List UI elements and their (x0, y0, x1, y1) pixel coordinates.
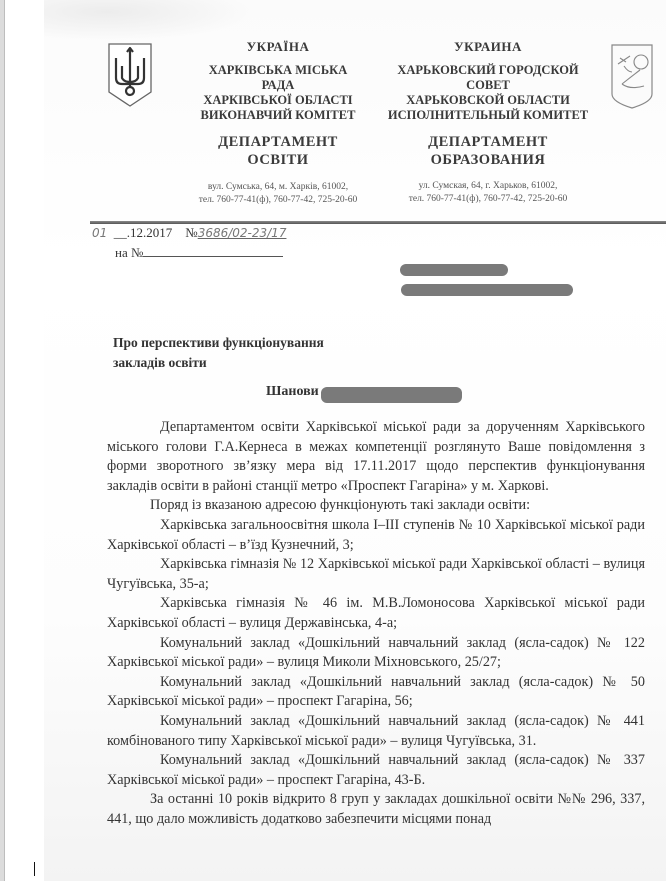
council-line: ХАРЬКОВСКИЙ ГОРОДСКОЙ (378, 63, 598, 78)
department-line: ОБРАЗОВАНИЯ (378, 151, 598, 169)
list-item-kindergarten-441: Комунальний заклад «Дошкільний навчальни… (107, 712, 645, 751)
text-cursor (34, 862, 35, 876)
council-line: ХАРКІВСЬКОЇ ОБЛАСТІ (188, 93, 368, 108)
redacted-addressee-line-2 (401, 284, 573, 296)
number-label: № (185, 225, 197, 240)
phone-line: тел. 760-77-41(ф), 760-77-42, 725-20-60 (178, 194, 378, 207)
letterhead-department-ua: ДЕПАРТАМЕНТ ОСВІТИ (188, 133, 368, 169)
redacted-addressee-line-1 (400, 264, 508, 276)
letter-body: Департаментом освіти Харківської міської… (107, 418, 645, 829)
letterhead-divider (90, 221, 666, 224)
reply-number-blank (143, 246, 283, 257)
council-line: ХАРКІВСЬКА МІСЬКА (188, 63, 368, 78)
letterhead-address-ru: ул. Сумская, 64, г. Харьков, 61002, тел.… (378, 180, 598, 206)
list-item-school-10: Харківська загальноосвітня школа I–III с… (107, 516, 645, 555)
paragraph-intro: Департаментом освіти Харківської міської… (107, 418, 645, 496)
list-item-gymnasium-46: Харківська гімназія № 46 ім. М.В.Ломонос… (107, 594, 645, 633)
reply-to-line: на № (115, 245, 283, 261)
council-line: ХАРЬКОВСКОЙ ОБЛАСТИ (378, 93, 598, 108)
department-line: ДЕПАРТАМЕНТ (188, 133, 368, 151)
letterhead-council-ru: ХАРЬКОВСКИЙ ГОРОДСКОЙ СОВЕТ ХАРЬКОВСКОЙ … (378, 63, 598, 123)
list-item-kindergarten-337: Комунальний заклад «Дошкільний навчальни… (107, 751, 645, 790)
letterhead-council-ua: ХАРКІВСЬКА МІСЬКА РАДА ХАРКІВСЬКОЇ ОБЛАС… (188, 63, 368, 123)
council-line: ИСПОЛНИТЕЛЬНЫЙ КОМИТЕТ (378, 108, 598, 123)
council-line: РАДА (188, 78, 368, 93)
list-item-kindergarten-50: Комунальний заклад «Дошкільний навчальни… (107, 673, 645, 712)
letterhead-address-ua: вул. Сумська, 64, м. Харків, 61002, тел.… (178, 181, 378, 207)
address-line: ул. Сумская, 64, г. Харьков, 61002, (378, 180, 598, 193)
letter-subject: Про перспективи функціонування закладів … (113, 333, 324, 373)
registration-line: 01 __.12.2017 №3686/02-23/17 (92, 225, 286, 241)
handwritten-outgoing-number: 3686/02-23/17 (198, 226, 287, 240)
department-line: ОСВІТИ (188, 151, 368, 169)
printed-date: .12.2017 (127, 225, 173, 240)
viewer-left-border (0, 0, 5, 881)
council-line: ВИКОНАВЧИЙ КОМІТЕТ (188, 108, 368, 123)
letterhead-department-ru: ДЕПАРТАМЕНТ ОБРАЗОВАНИЯ (378, 133, 598, 169)
reply-label: на № (115, 245, 143, 260)
list-item-gymnasium-12: Харківська гімназія № 12 Харківської міс… (107, 555, 645, 594)
council-line: СОВЕТ (378, 78, 598, 93)
paragraph-list-intro: Поряд із вказаною адресою функціонують т… (107, 496, 645, 516)
salutation-text: Шанови (266, 384, 319, 399)
salutation: Шанови (266, 384, 319, 400)
ukraine-trident-icon (107, 42, 153, 108)
letterhead-country-ru: УКРАИНА (378, 39, 598, 55)
department-line: ДЕПАРТАМЕНТ (378, 133, 598, 151)
letterhead-country-ua: УКРАЇНА (188, 39, 368, 55)
kharkiv-coat-of-arms-icon (610, 42, 654, 110)
list-item-kindergarten-122: Комунальний заклад «Дошкільний навчальни… (107, 634, 645, 673)
subject-line: Про перспективи функціонування (113, 333, 324, 353)
handwritten-day: 01 (92, 226, 107, 240)
phone-line: тел. 760-77-41(ф), 760-77-42, 725-20-60 (378, 193, 598, 206)
subject-line: закладів освіти (113, 353, 324, 373)
paragraph-new-groups: За останні 10 років відкрито 8 груп у за… (107, 790, 645, 829)
address-line: вул. Сумська, 64, м. Харків, 61002, (178, 181, 378, 194)
redacted-recipient-name (321, 387, 462, 403)
date-blank: __ (111, 225, 127, 240)
